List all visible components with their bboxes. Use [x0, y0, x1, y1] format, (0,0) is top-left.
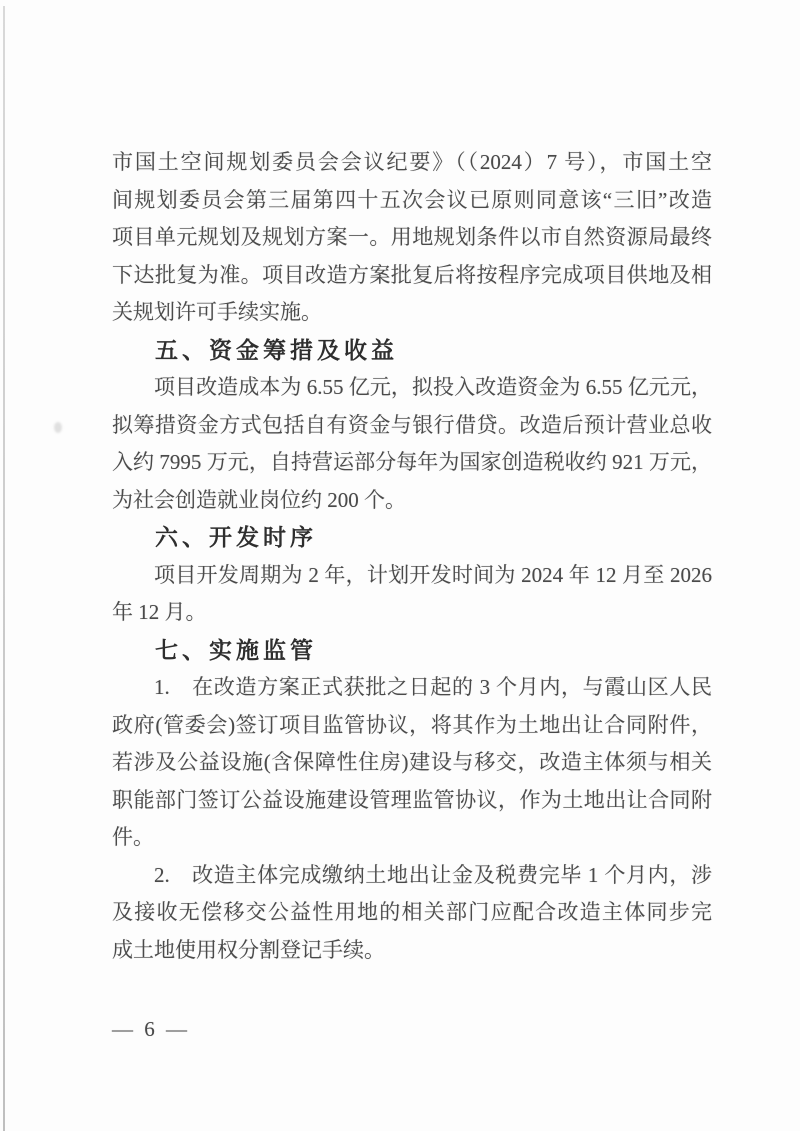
body-line: 2. 改造主体完成缴纳土地出让金及税费完毕 1 个月内，涉	[112, 857, 712, 895]
body-line: 项目开发周期为 2 年，计划开发时间为 2024 年 12 月至 2026	[112, 557, 712, 595]
section-heading: 五、资金筹措及收益	[112, 332, 712, 370]
body-line: 1. 在改造方案正式获批之日起的 3 个月内，与霞山区人民	[112, 669, 712, 707]
body-line: 件。	[112, 819, 712, 857]
body-line: 成土地使用权分割登记手续。	[112, 932, 712, 970]
body-line: 项目单元规划及规划方案一。用地规划条件以市自然资源局最终	[112, 219, 712, 257]
body-line: 间规划委员会第三届第四十五次会议已原则同意该“三旧”改造	[112, 182, 712, 220]
body-line: 若涉及公益设施(含保障性住房)建设与移交，改造主体须与相关	[112, 744, 712, 782]
body-line: 市国土空间规划委员会会议纪要》（（2024）7 号），市国土空	[112, 144, 712, 182]
body-line: 及接收无偿移交公益性用地的相关部门应配合改造主体同步完	[112, 894, 712, 932]
scan-edge-artifact	[3, 6, 5, 1131]
body-line: 入约 7995 万元，自持营运部分每年为国家创造税收约 921 万元，	[112, 444, 712, 482]
body-line: 下达批复为准。项目改造方案批复后将按程序完成项目供地及相	[112, 257, 712, 295]
body-line: 项目改造成本为 6.55 亿元，拟投入改造资金为 6.55 亿元元，	[112, 369, 712, 407]
body-line: 关规划许可手续实施。	[112, 294, 712, 332]
body-line: 拟筹措资金方式包括自有资金与银行借贷。改造后预计营业总收	[112, 407, 712, 445]
body-line: 职能部门签订公益设施建设管理监管协议，作为土地出让合同附	[112, 782, 712, 820]
scan-smudge-artifact	[54, 422, 62, 433]
document-page: 市国土空间规划委员会会议纪要》（（2024）7 号），市国土空 间规划委员会第三…	[112, 144, 712, 969]
section-heading: 七、实施监管	[112, 632, 712, 670]
page-number: — 6 —	[112, 1012, 190, 1046]
body-line: 政府(管委会)签订项目监管协议，将其作为土地出让合同附件，	[112, 707, 712, 745]
body-line: 年 12 月。	[112, 594, 712, 632]
body-line: 为社会创造就业岗位约 200 个。	[112, 482, 712, 520]
section-heading: 六、开发时序	[112, 519, 712, 557]
